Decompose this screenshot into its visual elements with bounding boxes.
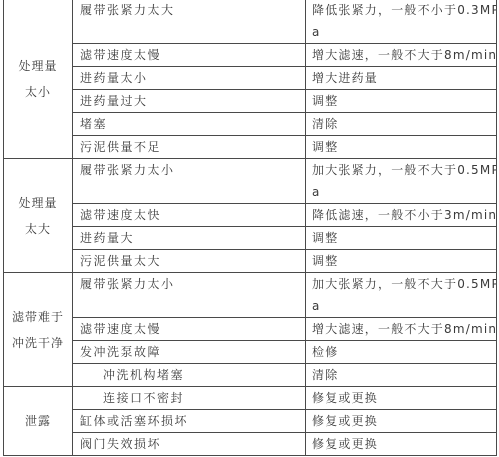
cause-cell: 滤带速度太快	[73, 204, 306, 227]
table-row: 缸体或活塞环损坏 修复或更换	[4, 410, 497, 433]
cause-cell: 堵塞	[73, 113, 306, 136]
cause-cell: 污泥供量不足	[73, 136, 306, 159]
solution-line: a	[312, 295, 496, 317]
table-row: 处理量 太大 履带张紧力太小 加大张紧力，一般不大于0.5MP a	[4, 159, 497, 204]
cause-cell: 履带张紧力太小	[73, 273, 306, 318]
table-row: 发冲洗泵故障 检修	[4, 341, 497, 364]
table-row: 滤带速度太慢 增大滤速，一般不大于8m/min	[4, 318, 497, 341]
group-label-line: 处理量	[4, 190, 72, 216]
table-row: 进药量太小 增大进药量	[4, 67, 497, 90]
group-cell-throughput-too-low: 处理量 太小	[4, 0, 73, 159]
cause-cell: 履带张紧力太小	[73, 159, 306, 204]
cause-cell: 滤带速度太慢	[73, 44, 306, 67]
table-row: 污泥供量太大 调整	[4, 250, 497, 273]
solution-line: a	[312, 21, 496, 43]
troubleshooting-table: 处理量 太小 履带张紧力太大 降低张紧力，一般不小于0.3MP a 滤带速度太慢…	[3, 0, 497, 456]
group-cell-belt-hard-to-clean: 滤带难于 冲洗干净	[4, 273, 73, 387]
solution-cell: 调整	[306, 90, 497, 113]
table-row: 堵塞 清除	[4, 113, 497, 136]
solution-cell: 增大滤速，一般不大于8m/min	[306, 44, 497, 67]
solution-cell: 调整	[306, 250, 497, 273]
group-cell-throughput-too-high: 处理量 太大	[4, 159, 73, 273]
solution-cell: 修复或更换	[306, 387, 497, 410]
table-row: 进药量过大 调整	[4, 90, 497, 113]
group-label-line: 处理量	[4, 53, 72, 79]
solution-cell: 加大张紧力，一般不大于0.5MP a	[306, 273, 497, 318]
solution-cell: 降低滤速，一般不小于3m/min	[306, 204, 497, 227]
group-label-line: 泄露	[4, 408, 72, 434]
table-row: 滤带难于 冲洗干净 履带张紧力太小 加大张紧力，一般不大于0.5MP a	[4, 273, 497, 318]
table-row: 污泥供量不足 调整	[4, 136, 497, 159]
solution-cell: 加大张紧力，一般不大于0.5MP a	[306, 159, 497, 204]
solution-cell: 清除	[306, 113, 497, 136]
table-row: 处理量 太小 履带张紧力太大 降低张紧力，一般不小于0.3MP a	[4, 0, 497, 44]
table-row: 滤带速度太快 降低滤速，一般不小于3m/min	[4, 204, 497, 227]
solution-cell: 修复或更换	[306, 410, 497, 433]
cause-cell: 缸体或活塞环损坏	[73, 410, 306, 433]
table-row: 进药量大 调整	[4, 227, 497, 250]
group-label-line: 冲洗干净	[4, 330, 72, 356]
solution-cell: 检修	[306, 341, 497, 364]
group-cell-leakage: 泄露	[4, 387, 73, 456]
solution-cell: 调整	[306, 136, 497, 159]
cause-cell: 进药量过大	[73, 90, 306, 113]
solution-line: a	[312, 181, 496, 203]
cause-cell: 冲洗机构堵塞	[73, 364, 306, 387]
cause-cell: 履带张紧力太大	[73, 0, 306, 44]
table-row: 冲洗机构堵塞 清除	[4, 364, 497, 387]
solution-cell: 调整	[306, 227, 497, 250]
group-label-line: 滤带难于	[4, 304, 72, 330]
solution-line: 加大张紧力，一般不大于0.5MP	[312, 273, 496, 295]
cause-cell: 进药量大	[73, 227, 306, 250]
table-row: 泄露 连接口不密封 修复或更换	[4, 387, 497, 410]
cause-cell: 进药量太小	[73, 67, 306, 90]
group-label-line: 太大	[4, 216, 72, 242]
cause-cell: 连接口不密封	[73, 387, 306, 410]
group-label-line: 太小	[4, 79, 72, 105]
table-row: 滤带速度太慢 增大滤速，一般不大于8m/min	[4, 44, 497, 67]
solution-line: 加大张紧力，一般不大于0.5MP	[312, 159, 496, 181]
cause-cell: 发冲洗泵故障	[73, 341, 306, 364]
cause-cell: 滤带速度太慢	[73, 318, 306, 341]
solution-cell: 降低张紧力，一般不小于0.3MP a	[306, 0, 497, 44]
solution-cell: 增大进药量	[306, 67, 497, 90]
solution-cell: 清除	[306, 364, 497, 387]
cause-cell: 阀门失效损坏	[73, 433, 306, 456]
cause-cell: 污泥供量太大	[73, 250, 306, 273]
solution-cell: 修复或更换	[306, 433, 497, 456]
solution-line: 降低张紧力，一般不小于0.3MP	[312, 0, 496, 21]
solution-cell: 增大滤速，一般不大于8m/min	[306, 318, 497, 341]
table-row: 阀门失效损坏 修复或更换	[4, 433, 497, 456]
